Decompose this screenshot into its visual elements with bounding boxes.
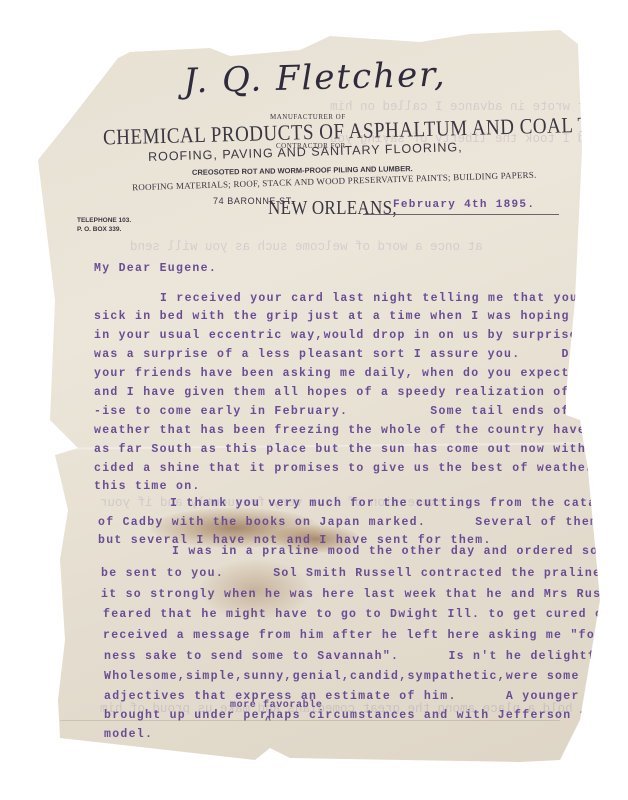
body-line: ness sake to send some to Savannah". Is … <box>104 650 621 663</box>
body-line: cided a shine that it promises to give u… <box>94 462 628 475</box>
letter-date: February 4th 1895. <box>393 199 535 211</box>
company-signature: J. Q. Fletcher, <box>180 54 451 101</box>
body-line: in your usual eccentric way,would drop i… <box>94 329 628 342</box>
body-line: brought up under perhaps circumstances a… <box>104 709 628 722</box>
body-line: Wholesome,simple,sunny,genial,candid,sym… <box>104 670 628 683</box>
body-line: of Cadby with the books on Japan marked.… <box>98 516 628 529</box>
bleed-through-text: When Fred Berger wrote in advance I call… <box>330 100 628 114</box>
bleed-through-text: at once a word of welcome such as you wi… <box>130 240 483 254</box>
body-line: feared that he might have to go to Dwigh… <box>103 608 628 621</box>
city: NEW ORLEANS, <box>268 196 397 220</box>
body-line: weather that has been freezing the whole… <box>94 424 628 437</box>
body-line: be sent to you. Sol Smith Russell contra… <box>101 567 628 580</box>
contact-block: TELEPHONE 103. P. O. BOX 339. <box>77 216 131 234</box>
letter-paper: When Fred Berger wrote in advance I call… <box>0 0 628 800</box>
body-line: your friends have been asking me daily, … <box>94 367 628 380</box>
body-line: I was in a praline mood the other day an… <box>92 545 628 558</box>
body-line: was a surprise of a less pleasant sort I… <box>94 348 628 361</box>
body-line: it so strongly when he was here last wee… <box>101 588 628 601</box>
po-box: P. O. BOX 339. <box>77 225 131 234</box>
body-line: sick in bed with the grip just at a time… <box>94 310 628 323</box>
body-line: -ise to come early in February. Some tai… <box>94 405 628 418</box>
body-line: I received your card last night telling … <box>80 292 619 305</box>
telephone: TELEPHONE 103. <box>77 216 131 225</box>
insertion-caret: ^ <box>265 716 272 727</box>
body-line: I thank you very much for the cuttings f… <box>90 497 628 510</box>
body-line: as far South as this place but the sun h… <box>94 443 628 456</box>
body-line: received a message from him after he lef… <box>103 629 628 642</box>
body-line: and I have given them all hopes of a spe… <box>94 386 628 399</box>
body-line: model. <box>104 728 153 741</box>
salutation: My Dear Eugene. <box>94 262 217 275</box>
body-line: adjectives that express an estimate of h… <box>104 690 628 703</box>
date-rule <box>363 214 559 215</box>
body-line: this time on. <box>94 480 201 493</box>
